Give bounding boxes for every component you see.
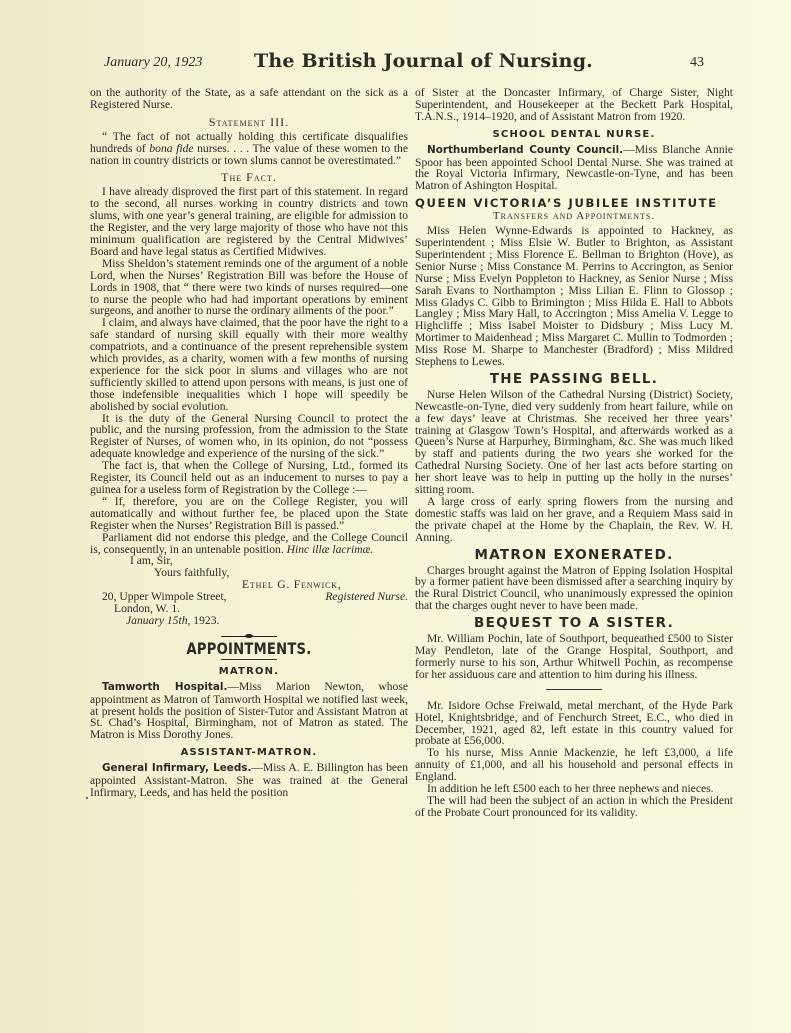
bequest-heading: BEQUEST TO A SISTER. bbox=[415, 618, 733, 630]
statement-quote: “ The fact of not actually holding this … bbox=[90, 131, 408, 167]
closing-latin: Hinc illæ lacrimæ. bbox=[287, 543, 374, 556]
signatory-designation: Registered Nurse. bbox=[325, 591, 408, 603]
running-header: January 20, 1923 The British Journal of … bbox=[104, 50, 704, 78]
paragraph: The will had been the subject of an acti… bbox=[415, 795, 733, 819]
dental-entry: Northumberland County Council.—Miss Blan… bbox=[415, 144, 733, 193]
salutation: I am, Sir, bbox=[90, 555, 408, 567]
divider bbox=[546, 689, 602, 690]
exonerated-text: Charges brought against the Matron of Ep… bbox=[415, 565, 733, 613]
fact-heading: The Fact. bbox=[90, 172, 408, 184]
assistant-matron-institution: General Infirmary, Leeds. bbox=[102, 762, 251, 774]
dental-institution: Northumberland County Council. bbox=[427, 144, 623, 156]
bequest-text: Mr. William Pochin, late of Southport, b… bbox=[415, 633, 733, 681]
paragraph: “ If, therefore, you are on the College … bbox=[90, 496, 408, 532]
exonerated-heading: MATRON EXONERATED. bbox=[415, 550, 733, 562]
appointments-heading: APPOINTMENTS. bbox=[119, 643, 380, 655]
assistant-matron-entry: General Infirmary, Leeds.—Miss A. E. Bil… bbox=[90, 762, 408, 799]
qvji-heading: QUEEN VICTORIA’S JUBILEE INSTITUTE bbox=[415, 198, 733, 210]
matron-entry: Tamworth Hospital.—Miss Marion Newton, w… bbox=[90, 681, 408, 742]
continuation-text: of Sister at the Doncaster Infirmary, of… bbox=[415, 87, 733, 123]
statement-heading: Statement III. bbox=[90, 117, 408, 129]
paragraph: I claim, and always have claimed, that t… bbox=[90, 317, 408, 412]
paragraph: A large cross of early spring flowers fr… bbox=[415, 496, 733, 544]
paragraph: The fact is, that when the College of Nu… bbox=[90, 460, 408, 496]
page-number: 43 bbox=[690, 55, 704, 71]
signature-block: I am, Sir, Yours faithfully, Ethel G. Fe… bbox=[90, 555, 408, 626]
paragraph: I have already disproved the first part … bbox=[90, 186, 408, 257]
letter-date-italic: January 15th, bbox=[126, 614, 190, 627]
qvji-subheading: Transfers and Appointments. bbox=[415, 211, 733, 223]
address-line: 20, Upper Wimpole Street,Registered Nurs… bbox=[90, 591, 408, 603]
print-speck bbox=[86, 797, 88, 799]
paragraph: Mr. Isidore Ochse Freiwald, metal mercha… bbox=[415, 700, 733, 748]
passing-bell-heading: THE PASSING BELL. bbox=[415, 374, 733, 386]
divider bbox=[221, 659, 277, 660]
left-column: on the authority of the State, as a safe… bbox=[90, 87, 408, 799]
journal-title: The British Journal of Nursing. bbox=[254, 50, 593, 72]
right-column: of Sister at the Doncaster Infirmary, of… bbox=[415, 87, 733, 819]
paragraph: It is the duty of the General Nursing Co… bbox=[90, 413, 408, 461]
letter-date-year: 1923. bbox=[190, 614, 219, 627]
closing-paragraph: Parliament did not endorse this pledge, … bbox=[90, 532, 408, 556]
letter-date: January 15th, 1923. bbox=[90, 615, 408, 627]
paragraph: To his nurse, Miss Annie Mackenzie, he l… bbox=[415, 747, 733, 783]
paragraph: Miss Sheldon’s statement reminds one of … bbox=[90, 258, 408, 318]
assistant-matron-heading: ASSISTANT-MATRON. bbox=[90, 747, 408, 759]
dental-heading: SCHOOL DENTAL NURSE. bbox=[415, 129, 733, 141]
qvji-text: Miss Helen Wynne-Edwards is appointed to… bbox=[415, 225, 733, 368]
matron-institution: Tamworth Hospital. bbox=[102, 681, 227, 693]
paragraph: Nurse Helen Wilson of the Cathedral Nurs… bbox=[415, 389, 733, 496]
journal-page: January 20, 1923 The British Journal of … bbox=[0, 0, 791, 1033]
issue-date: January 20, 1923 bbox=[104, 55, 202, 71]
address-street: 20, Upper Wimpole Street, bbox=[102, 590, 227, 603]
letter-intro: on the authority of the State, as a safe… bbox=[90, 87, 408, 111]
matron-heading: MATRON. bbox=[90, 666, 408, 678]
